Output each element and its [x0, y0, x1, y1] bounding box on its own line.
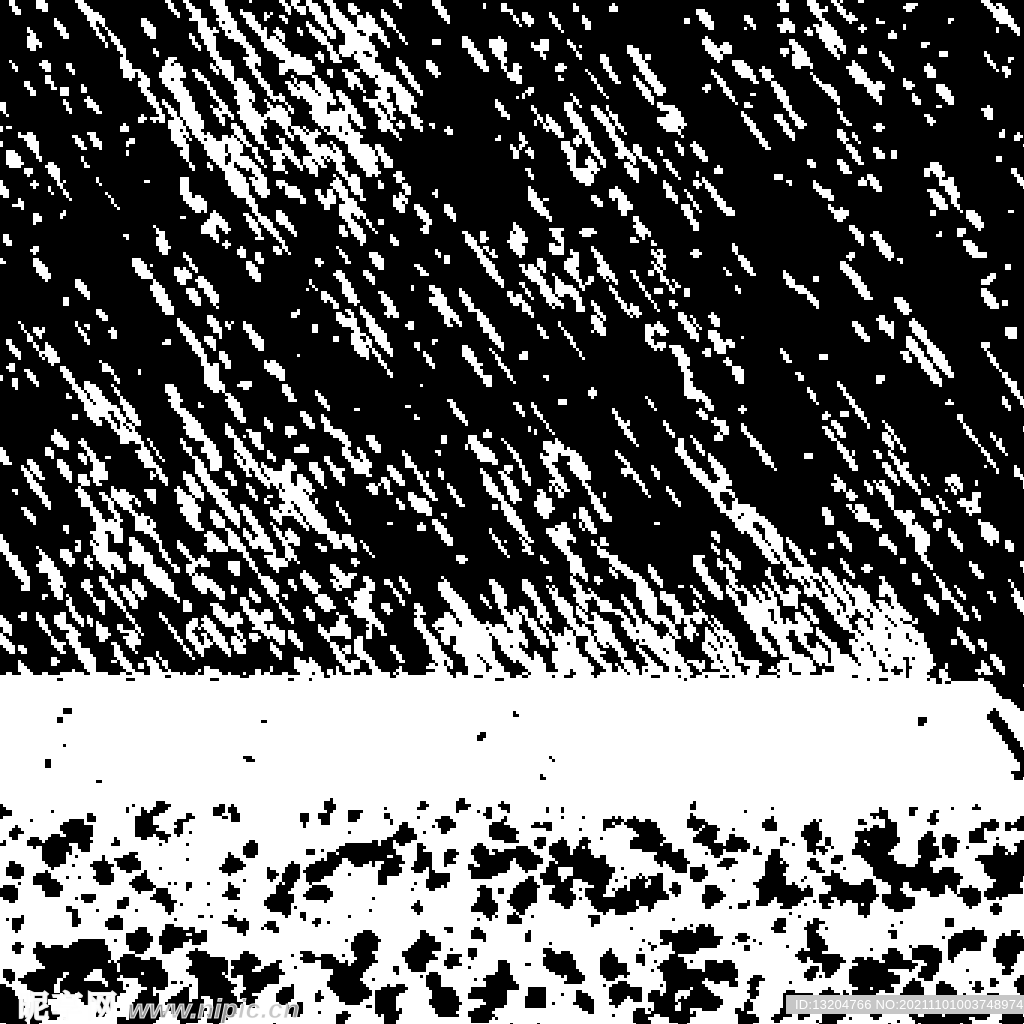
snow-grunge-texture-image [0, 0, 1024, 1024]
texture-screenshot-root: 昵享网 www.nipic.cn ID:13204766 NO:20211101… [0, 0, 1024, 1024]
image-id-watermark-text: ID:13204766 NO:20211101003748974122 [795, 997, 1024, 1012]
image-id-watermark: ID:13204766 NO:20211101003748974122 [786, 995, 1024, 1014]
